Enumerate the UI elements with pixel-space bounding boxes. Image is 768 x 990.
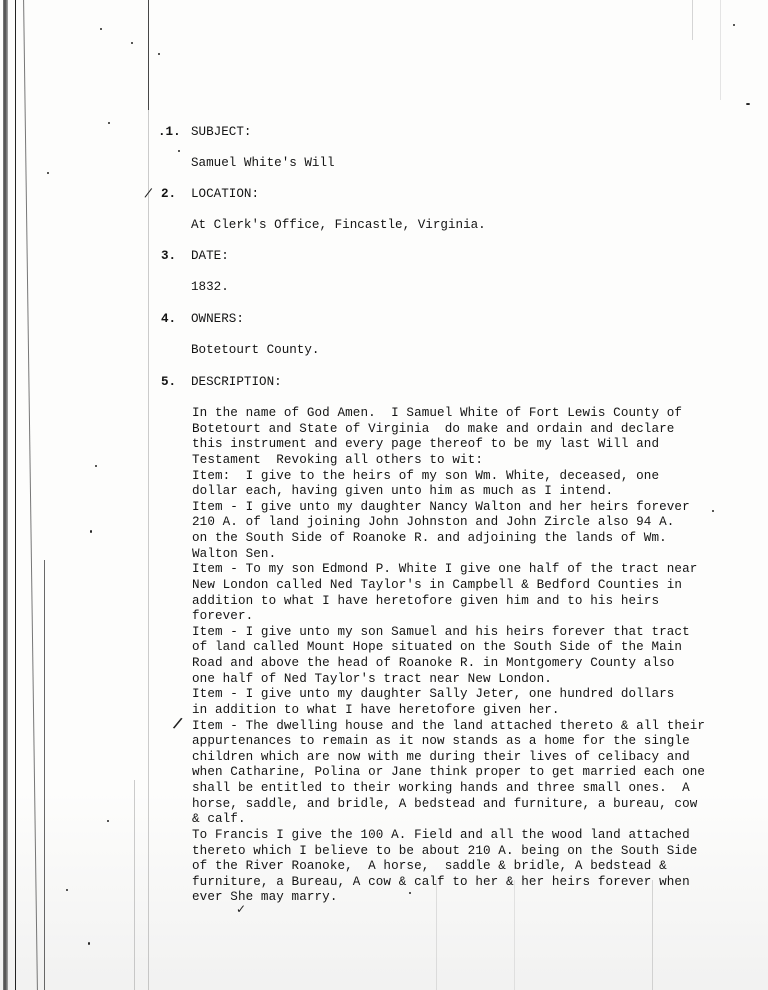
speck [108,122,110,124]
description-line: To Francis I give the 100 A. Field and a… [192,828,705,844]
section-number: .1. [158,125,181,141]
margin-rule [148,0,149,110]
description-line: when Catharine, Polina or Jane think pro… [192,765,705,781]
speck [746,103,750,105]
speck [178,150,180,152]
description-line: Item - I give unto my son Samuel and his… [192,625,705,641]
description-line: Road and above the head of Roanoke R. in… [192,656,705,672]
description-line: dollar each, having given unto him as mu… [192,484,705,500]
section-number: 3. [161,249,176,265]
section-heading-date: DATE: [191,249,229,265]
section-number: 2. [161,187,176,203]
scan-line [134,780,135,990]
speck [733,24,735,26]
description-line: forever. [192,609,705,625]
scan-line [23,0,38,990]
scan-line [15,0,16,990]
speck [100,28,102,30]
description-body: In the name of God Amen. I Samuel White … [192,406,705,906]
speck [88,942,90,945]
description-line: In the name of God Amen. I Samuel White … [192,406,705,422]
speck [47,172,49,174]
description-line: of the River Roanoke, A horse, saddle & … [192,859,705,875]
section-heading-owners: OWNERS: [191,312,244,328]
description-line: Testament Revoking all others to wit: [192,453,705,469]
handwritten-mark: / [172,714,184,733]
description-line: Item - The dwelling house and the land a… [192,719,705,735]
section-value-subject: Samuel White's Will [191,156,335,172]
section-value-owners: Botetourt County. [191,343,319,359]
speck [712,510,714,512]
description-line: & calf. [192,812,705,828]
scanned-page: / / ✓ .1. SUBJECT: Samuel White's Will 2… [0,0,768,990]
description-line: Item: I give to the heirs of my son Wm. … [192,469,705,485]
section-heading-description: DESCRIPTION: [191,375,282,391]
description-line: this instrument and every page thereof t… [192,437,705,453]
description-line: Item - I give unto my daughter Sally Jet… [192,687,705,703]
description-line: addition to what I have heretofore given… [192,594,705,610]
description-line: in addition to what I have heretofore gi… [192,703,705,719]
section-number: 4. [161,312,176,328]
scan-line [720,0,721,100]
description-line: appurtenances to remain as it now stands… [192,734,705,750]
description-line: horse, saddle, and bridle, A bedstead an… [192,797,705,813]
description-line: Item - I give unto my daughter Nancy Wal… [192,500,705,516]
section-value-location: At Clerk's Office, Fincastle, Virginia. [191,218,486,234]
description-line: New London called Ned Taylor's in Campbe… [192,578,705,594]
description-line: thereto which I believe to be about 210 … [192,844,705,860]
description-line: Botetourt and State of Virginia do make … [192,422,705,438]
description-line: Walton Sen. [192,547,705,563]
description-line: Item - To my son Edmond P. White I give … [192,562,705,578]
description-line: shall be entitled to their working hands… [192,781,705,797]
section-number: 5. [161,375,176,391]
description-line: 210 A. of land joining John Johnston and… [192,515,705,531]
description-line: ever She may marry. [192,890,705,906]
speck [131,42,133,44]
section-heading-location: LOCATION: [191,187,259,203]
scan-edge-streak [3,0,8,990]
speck [90,530,92,533]
handwritten-mark: / [144,186,153,202]
speck [66,889,68,891]
speck [158,53,160,55]
description-line: furniture, a Bureau, A cow & calf to her… [192,875,705,891]
scan-line [44,560,45,990]
description-line: children which are now with me during th… [192,750,705,766]
description-line: of land called Mount Hope situated on th… [192,640,705,656]
speck [95,465,97,467]
section-heading-subject: SUBJECT: [191,125,251,141]
description-line: one half of Ned Taylor's tract near New … [192,672,705,688]
scan-line [692,0,693,40]
margin-rule-faint [148,110,149,990]
description-line: on the South Side of Roanoke R. and adjo… [192,531,705,547]
speck [107,820,109,822]
section-value-date: 1832. [191,280,229,296]
